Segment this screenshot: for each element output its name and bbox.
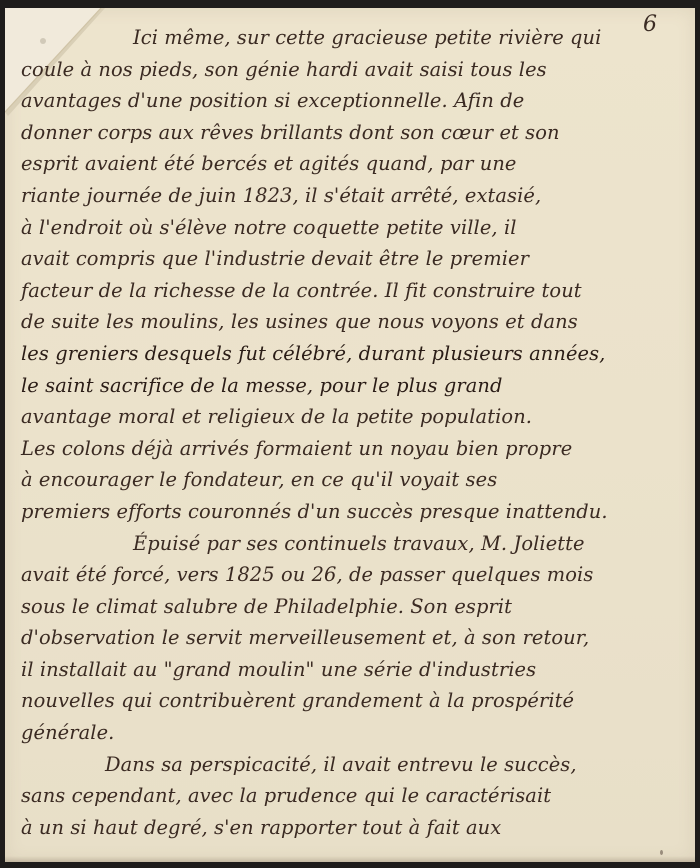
- text-line: coule à nos pieds, son génie hardi avait…: [21, 54, 685, 86]
- manuscript-text: Ici même, sur cette gracieuse petite riv…: [21, 22, 685, 843]
- text-line: premiers efforts couronnés d'un succès p…: [21, 496, 685, 528]
- text-line: avait compris que l'industrie devait êtr…: [21, 243, 685, 275]
- text-line: sans cependant, avec la prudence qui le …: [21, 780, 685, 812]
- text-line: facteur de la richesse de la contrée. Il…: [21, 275, 685, 307]
- text-line: à un si haut degré, s'en rapporter tout …: [21, 812, 685, 844]
- text-line: il installait au "grand moulin" une séri…: [21, 654, 685, 686]
- text-line: Épuisé par ses continuels travaux, M. Jo…: [21, 528, 685, 560]
- text-line: avantages d'une position si exceptionnel…: [21, 85, 685, 117]
- text-line: à l'endroit où s'élève notre coquette pe…: [21, 212, 685, 244]
- text-line: nouvelles qui contribuèrent grandement à…: [21, 685, 685, 717]
- text-line: les greniers desquels fut célébré, duran…: [21, 338, 685, 370]
- text-line: Ici même, sur cette gracieuse petite riv…: [21, 22, 685, 54]
- text-line: à encourager le fondateur, en ce qu'il v…: [21, 464, 685, 496]
- text-line: esprit avaient été bercés et agités quan…: [21, 148, 685, 180]
- text-line: d'observation le servit merveilleusement…: [21, 622, 685, 654]
- text-line: riante journée de juin 1823, il s'était …: [21, 180, 685, 212]
- text-line: Dans sa perspicacité, il avait entrevu l…: [21, 749, 685, 781]
- paper-speck: [660, 850, 663, 855]
- text-line: donner corps aux rêves brillants dont so…: [21, 117, 685, 149]
- text-line: de suite les moulins, les usines que nou…: [21, 306, 685, 338]
- text-line: sous le climat salubre de Philadelphie. …: [21, 591, 685, 623]
- manuscript-page: 6 Ici même, sur cette gracieuse petite r…: [5, 8, 695, 862]
- text-line: avait été forcé, vers 1825 ou 26, de pas…: [21, 559, 685, 591]
- page-bottom-edge: [5, 856, 695, 862]
- text-line: avantage moral et religieux de la petite…: [21, 401, 685, 433]
- text-line: Les colons déjà arrivés formaient un noy…: [21, 433, 685, 465]
- text-line: le saint sacrifice de la messe, pour le …: [21, 370, 685, 402]
- text-line: générale.: [21, 717, 685, 749]
